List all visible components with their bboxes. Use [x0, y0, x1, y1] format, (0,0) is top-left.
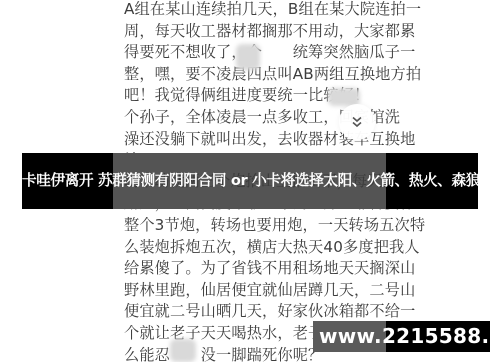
- article-line: 周，每天收工器材都搁那不用动，大家都累: [124, 21, 386, 43]
- article-line: 整个3节炮，转场也要用炮，一天转场五次特: [124, 215, 386, 237]
- article-line: 便宜就二号山晒几天，好家伙冰箱都不给一: [124, 301, 386, 323]
- headline-title: 卡哇伊离开 苏群猜测有阴阳合同 or 小卡将选择太阳、火箭、热火、森狼、猛龙: [22, 171, 478, 191]
- article-line: A组在某山连续拍几天，B组在某大院连拍一: [124, 0, 386, 21]
- expand-article-button[interactable]: [339, 104, 375, 140]
- article-line: 野林里跑，仙居便宜就仙居蹲几天，二号山: [124, 280, 386, 302]
- screenshot-page: A组在某山连续拍几天，B组在某大院连拍一 周，每天收工器材都搁那不用动，大家都累…: [0, 0, 500, 362]
- blurred-region: [170, 339, 196, 362]
- article-line: 给累傻了。为了省钱不用租场地天天搁深山: [124, 258, 386, 280]
- double-chevron-down-icon: [352, 113, 362, 132]
- watermark-text: www.2215588.com: [319, 322, 500, 350]
- article-line: 么装炮拆炮五次，横店大热天40多度把我人: [124, 237, 386, 259]
- blurred-region: [236, 44, 260, 70]
